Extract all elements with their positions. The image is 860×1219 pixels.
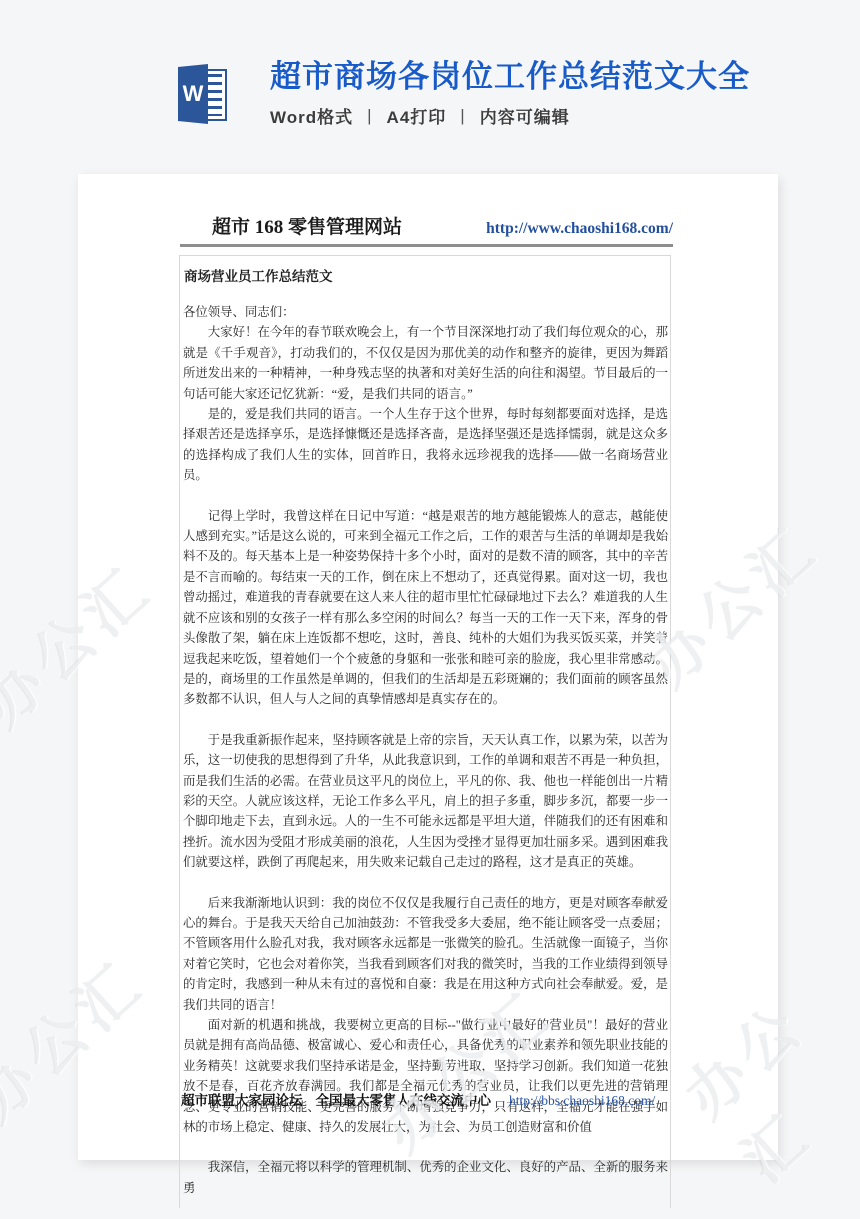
document-page: 超市 168 零售管理网站 http://www.chaoshi168.com/… (78, 174, 778, 1160)
document-header: 超市 168 零售管理网站 http://www.chaoshi168.com/ (180, 212, 673, 247)
word-icon-letter: W (183, 81, 204, 107)
format-badges: Word格式 | A4打印 | 内容可编辑 (270, 103, 750, 128)
word-icon-panel: W (178, 64, 208, 124)
doc-paragraph: 大家好！在今年的春节联欢晚会上，有一个节目深深地打动了我们每位观众的心，那就是《… (183, 322, 668, 404)
editable-badge: 内容可编辑 (480, 103, 570, 128)
page-title: 超市商场各岗位工作总结范文大全 (270, 60, 750, 94)
doc-paragraph: 记得上学时，我曾这样在日记中写道：“越是艰苦的地方越能锻炼人的意志，越能使人感到… (183, 506, 668, 710)
doc-paragraph: 后来我渐渐地认识到：我的岗位不仅仅是我履行自己责任的地方，更是对顾客奉献爱心的舞… (183, 893, 668, 1015)
site-name: 超市 168 零售管理网站 (212, 212, 402, 239)
doc-paragraph: 于是我重新振作起来，坚持顾客就是上帝的宗旨，天天认真工作，以累为荣，以苦为乐，这… (183, 730, 668, 873)
footer-forum-url-link[interactable]: http://bbs.chaoshi168.com/ (509, 1093, 655, 1109)
separator: | (367, 106, 372, 126)
doc-paragraph: 是的，爱是我们共同的语言。一个人生存于这个世界，每时每刻都要面对选择，是选择艰苦… (183, 404, 668, 486)
doc-paragraph: 我深信，全福元将以科学的管理机制、优秀的企业文化、良好的产品、全新的服务来勇 (183, 1157, 668, 1198)
document-title: 商场营业员工作总结范文 (184, 265, 668, 285)
format-badge: Word格式 (270, 103, 353, 128)
doc-paragraph: 各位领导、同志们： (183, 302, 668, 322)
word-icon: W (178, 64, 228, 124)
print-badge: A4打印 (387, 103, 447, 128)
site-url-link[interactable]: http://www.chaoshi168.com/ (486, 220, 673, 238)
footer-forum-name: 超市联盟大家园论坛 (181, 1089, 303, 1109)
document-body: 商场营业员工作总结范文 各位领导、同志们： 大家好！在今年的春节联欢晚会上，有一… (179, 255, 671, 1208)
separator: | (460, 106, 465, 126)
title-block: 超市商场各岗位工作总结范文大全 Word格式 | A4打印 | 内容可编辑 (270, 60, 750, 128)
document-footer: 超市联盟大家园论坛 全国最大零售人在线交流中心 http://bbs.chaos… (181, 1089, 655, 1109)
doc-paragraph: 面对新的机遇和挑战，我要树立更高的目标--"做行业中最好的营业员"！最好的营业员… (183, 1015, 668, 1137)
download-header: W 超市商场各岗位工作总结范文大全 Word格式 | A4打印 | 内容可编辑 (178, 60, 750, 128)
footer-forum-desc: 全国最大零售人在线交流中心 (316, 1089, 492, 1109)
